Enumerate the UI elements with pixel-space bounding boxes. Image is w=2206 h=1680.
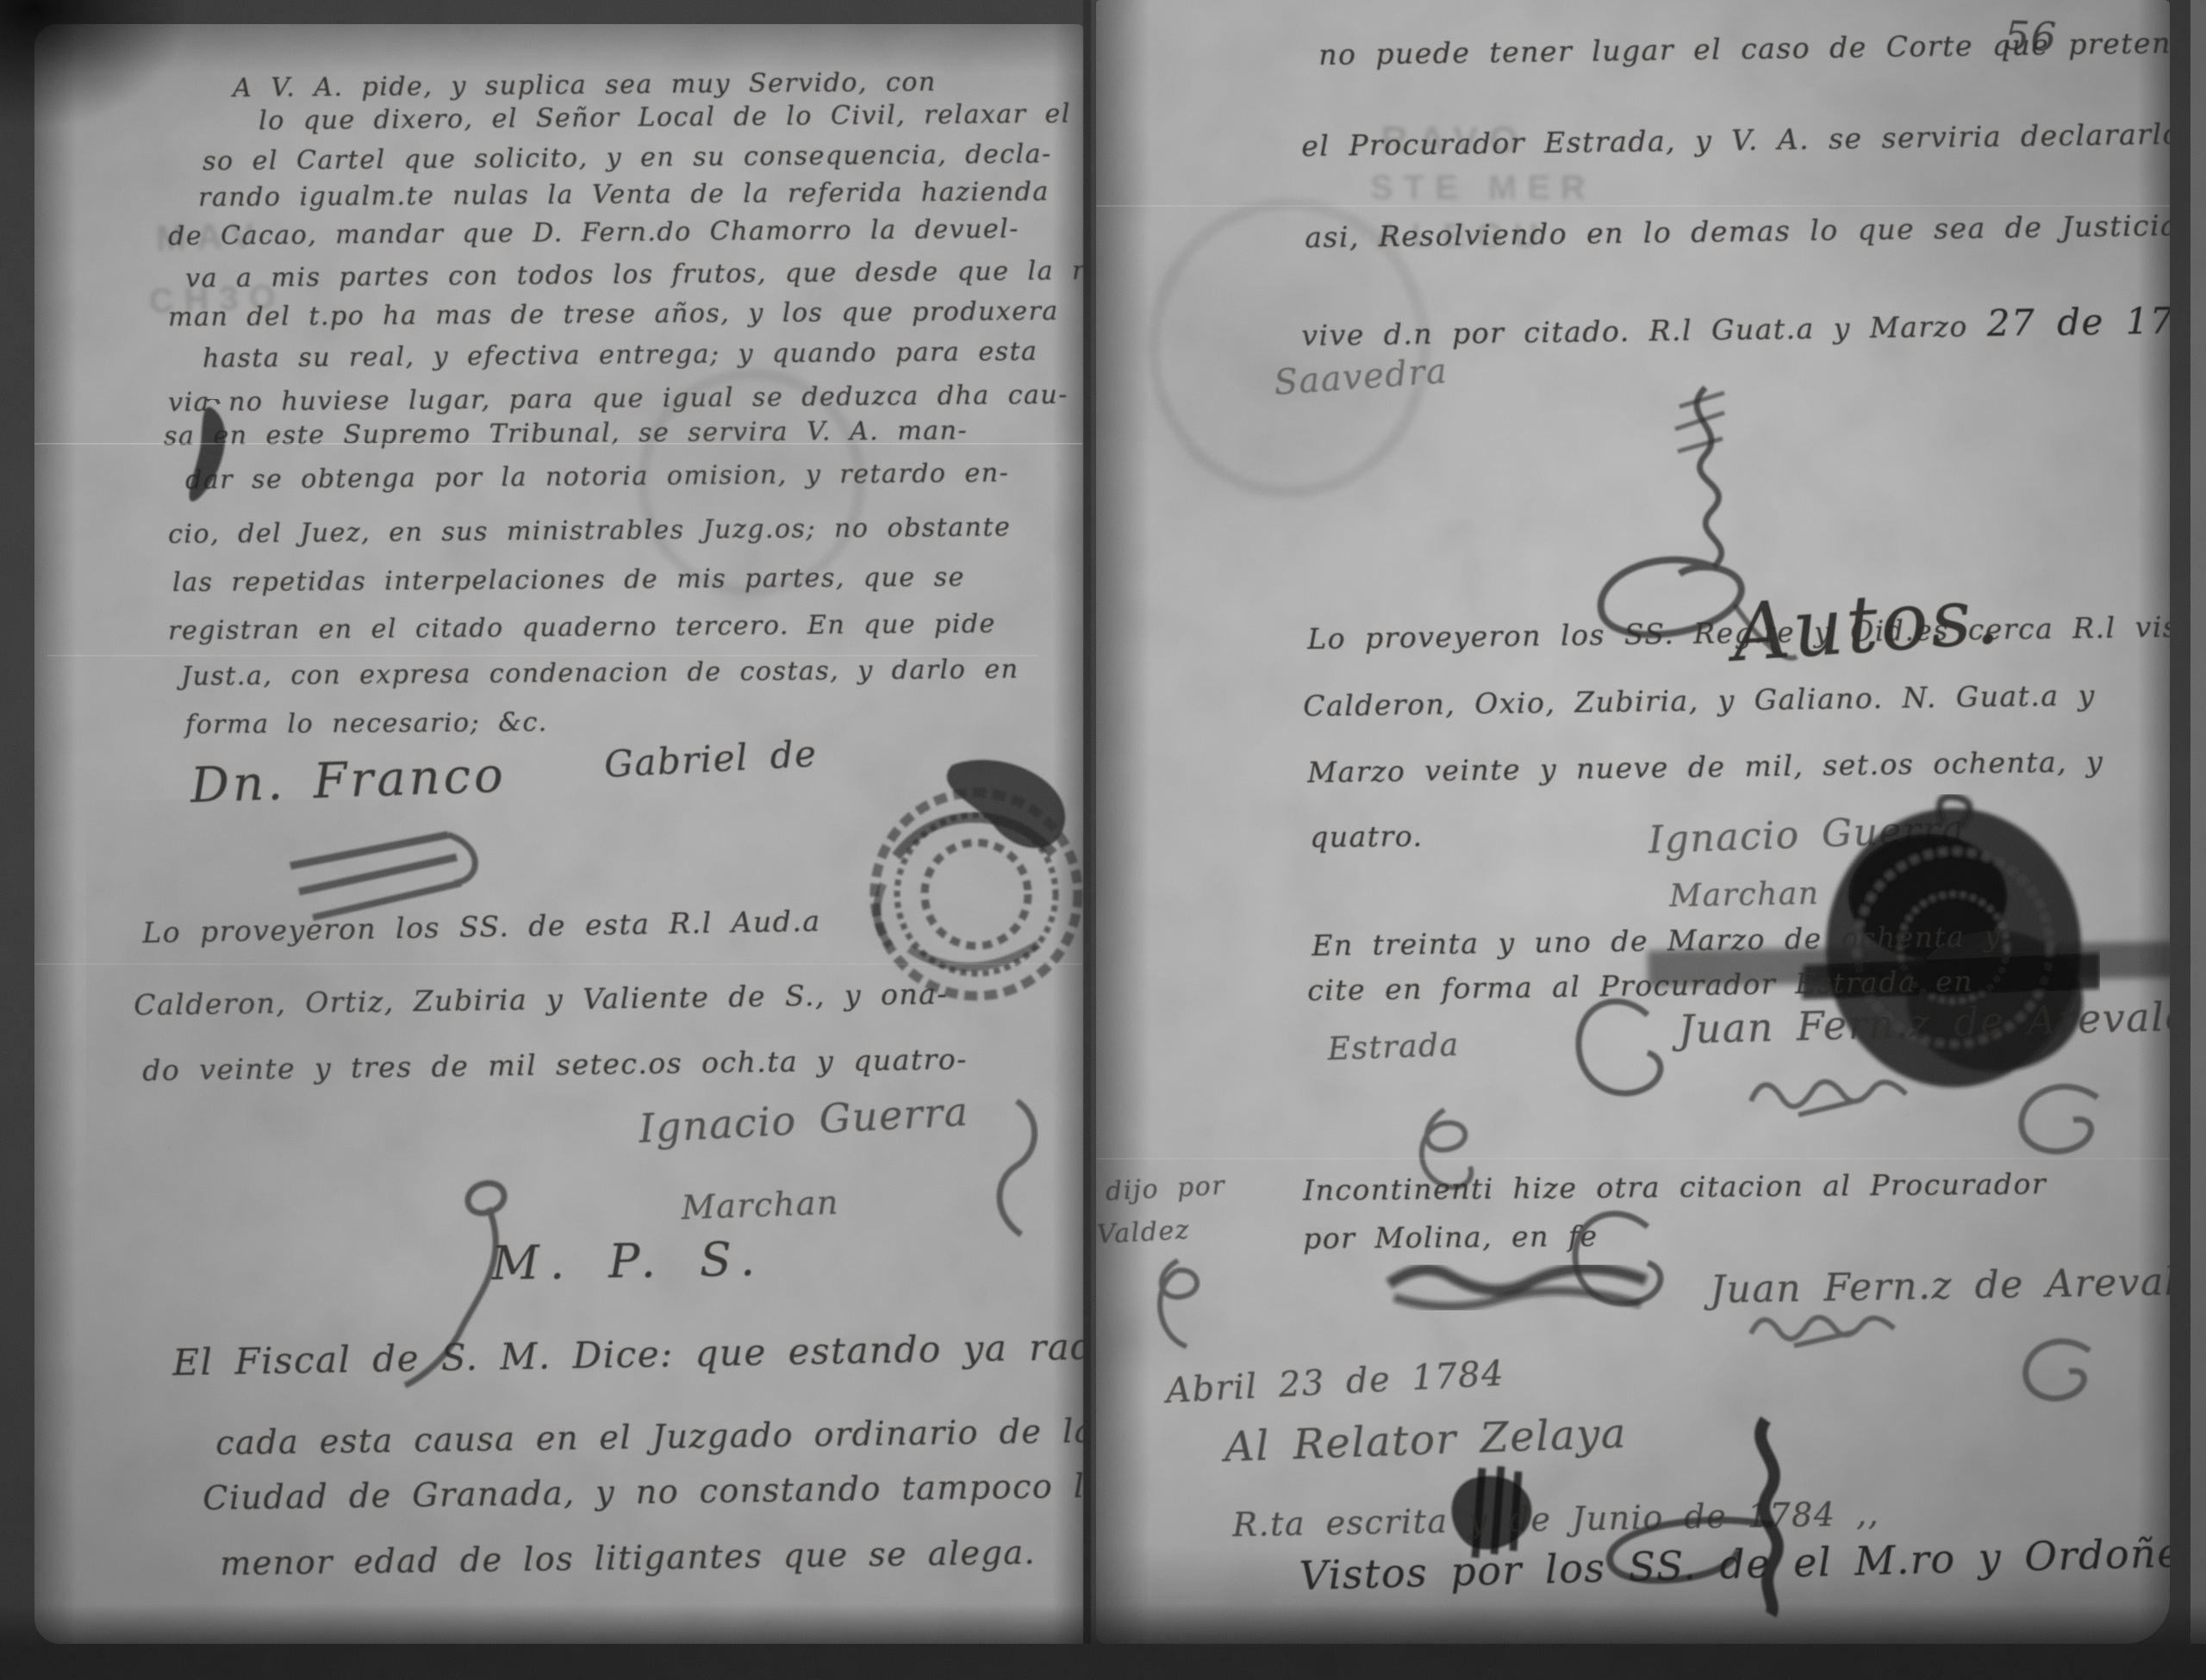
manuscript-line-text: vive d.n por citado. R.l Guat.a y Marzo: [1301, 309, 1968, 352]
margin-note-line: Valdez: [1096, 1215, 1191, 1250]
signature-saavedra: Saavedra: [1273, 352, 1449, 403]
manuscript-line: va a mis partes con todos los frutos, qu…: [185, 255, 1084, 294]
manuscript-line: man del t.po ha mas de trese años, y los…: [168, 296, 1059, 333]
signature-escribano: Juan Fern.z de Arevalo: [1710, 1260, 2170, 1312]
signature-rubric: [957, 1092, 1060, 1248]
manuscript-line: asi, Resolviendo en lo demas lo que sea …: [1305, 208, 2170, 254]
manuscript-line: El Fiscal de S. M. Dice: que estando ya …: [172, 1325, 1084, 1384]
left-page: MAV CH3O A V. A. pide, y suplica sea muy…: [34, 24, 1084, 1644]
loop-rubric: [2014, 1335, 2107, 1404]
margin-rubric: [1135, 1254, 1217, 1357]
monogram-rubric: [1561, 1204, 1673, 1316]
stamp-bleedthrough-text: STE MER: [1370, 169, 1596, 208]
page-edge-sliver: [2190, 0, 2206, 1644]
manuscript-line: menor edad de los litigantes que se aleg…: [220, 1534, 1036, 1583]
signature-underflourish: [1747, 1311, 1910, 1353]
loop-rubric: [2008, 1079, 2118, 1156]
manuscript-line: lo que dixero, el Señor Local de lo Civi…: [259, 98, 1084, 136]
signature-marchan: Marchan: [681, 1184, 840, 1227]
manuscript-line: so el Cartel que solicito, y en su conse…: [203, 139, 1052, 177]
book-gutter: [1083, 0, 1091, 1644]
manuscript-line: do veinte y tres de mil setec.os och.ta …: [142, 1042, 968, 1087]
manuscript-line: via no huviese lugar, para que igual se …: [168, 380, 1069, 418]
manuscript-line: hasta su real, y efectiva entrega; y qua…: [203, 337, 1038, 374]
manuscript-line: cada esta causa en el Juzgado ordinario …: [215, 1412, 1084, 1462]
manuscript-line: Marzo veinte y nueve de mil, set.os oche…: [1307, 744, 2104, 789]
manuscript-line: forma lo necesario; &c.: [185, 707, 548, 740]
manuscript-line: quatro.: [1310, 819, 1424, 854]
ink-stamp-seal: [849, 755, 1084, 1013]
paper-blotch: [1699, 69, 2130, 327]
scan-corner-shadow: [0, 0, 190, 129]
margin-note-line: dijo por: [1105, 1171, 1226, 1207]
manuscript-line: de Cacao, mandar que D. Fern.do Chamorro…: [168, 214, 1019, 252]
manuscript-line: registran en el citado quaderno tercero.…: [168, 609, 996, 646]
monogram-rubric: [1566, 991, 1669, 1107]
manuscript-line: Lo proveyeron los SS. Reg.te y Oid.es ce…: [1307, 609, 2170, 656]
scan-bottom-shadow: [0, 1604, 2206, 1680]
manuscript-line: no puede tener lugar el caso de Corte qu…: [1318, 26, 2170, 72]
date-fragment: 27 de 1784.: [1986, 299, 2170, 345]
signature-marchan: Marchan: [1669, 876, 1820, 914]
manuscript-line: A V. A. pide, y suplica sea muy Servido,…: [233, 67, 937, 103]
manuscript-line: Calderon, Ortiz, Zubiria y Valiente de S…: [134, 977, 948, 1022]
manuscript-line: Lo proveyeron los SS. de esta R.l Aud.a: [142, 904, 821, 949]
manuscript-line: cio, del Juez, en sus ministrables Juzg.…: [168, 512, 1011, 550]
manuscript-line: rando igualm.te nulas la Venta de la ref…: [198, 177, 1050, 213]
manuscript-line: Ciudad de Granada, y no constando tampoc…: [203, 1466, 1084, 1517]
signature-gabriel: Gabriel de: [603, 732, 819, 786]
manuscript-line: Incontinenti hize otra citacion al Procu…: [1303, 1167, 2047, 1207]
date-line: Abril 23 de 1784: [1165, 1353, 1505, 1411]
manuscript-line: vive d.n por citado. R.l Guat.a y Marzo …: [1301, 299, 2170, 354]
manuscript-line: sa en este Supremo Tribunal, se servira …: [164, 415, 968, 451]
manuscript-line: Just.a, con expresa condenacion de costa…: [181, 655, 1019, 692]
manuscript-line: Calderon, Oxio, Zubiria, y Galiano. N. G…: [1303, 678, 2096, 723]
manuscript-line: dar se obtenga por la notoria omision, y…: [185, 458, 1009, 495]
right-page: 56 RAVO STE MER ALEGU no puede tener lug…: [1096, 0, 2170, 1644]
manuscript-scan: MAV CH3O A V. A. pide, y suplica sea muy…: [0, 0, 2206, 1680]
manuscript-line: las repetidas interpelaciones de mis par…: [172, 563, 965, 598]
signature-guerra: Ignacio Guerra: [638, 1088, 970, 1152]
signature-underflourish: [1747, 1075, 1919, 1123]
ink-blot: [181, 399, 246, 515]
signature-franco: Dn. Franco: [190, 747, 508, 814]
heading-mps: M. P. S.: [491, 1231, 766, 1291]
signature-estrada: Estrada: [1327, 1028, 1460, 1067]
